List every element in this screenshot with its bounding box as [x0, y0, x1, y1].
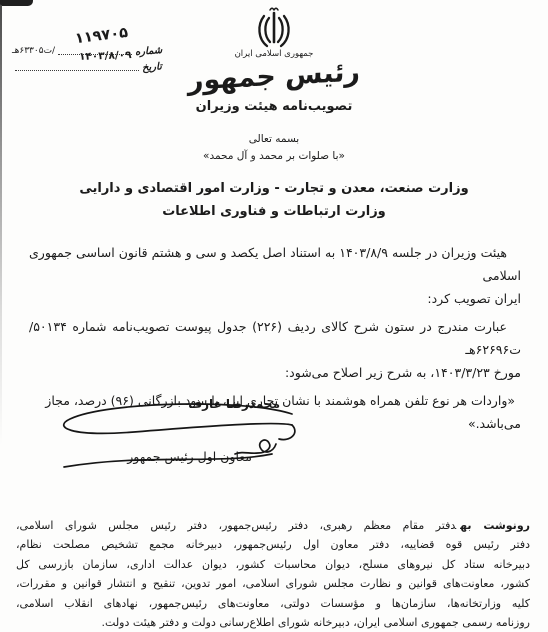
- addressee-line-2: وزارت ارتباطات و فناوری اطلاعات: [0, 200, 548, 223]
- distribution-line-5: کلیه وزارتخانه‌ها، سازمان‌ها و مؤسسات دو…: [16, 594, 530, 613]
- besmeleh: بسمه تعالی: [0, 133, 548, 145]
- paragraph-2-line-2: مورخ ۱۴۰۳/۳/۲۳، به شرح زیر اصلاح می‌شود:: [29, 361, 521, 384]
- distribution-lead: رونوشت به: [460, 519, 530, 532]
- addressee-line-1: وزارت صنعت، معدن و تجارت - وزارت امور اق…: [0, 177, 548, 200]
- paragraph-2-line-1: عبارت مندرج در ستون شرح کالای ردیف (۲۲۶)…: [29, 315, 521, 361]
- iran-emblem-icon: [256, 6, 292, 48]
- number-suffix: /ت۶۳۳۰۵هـ: [12, 46, 55, 57]
- paragraph-1-line-2: ایران تصویب کرد:: [29, 287, 521, 310]
- date-dotted-line: ۱۴۰۳/۸/۰۹: [15, 62, 139, 71]
- date-label: تاریخ: [142, 61, 163, 73]
- distribution-line-6: روزنامه رسمی جمهوری اسلامی ایران، دبیرخا…: [16, 613, 530, 632]
- handwritten-signature: [36, 392, 306, 480]
- date-row: تاریخ ۱۴۰۳/۸/۰۹: [12, 62, 162, 73]
- document-type-title: تصویب‌نامه هیئت وزیران: [0, 99, 548, 114]
- distribution-line-1-text: دفتر مقام معظم رهبری، دفتر رئیس‌جمهور، د…: [16, 519, 456, 532]
- paragraph-2: عبارت مندرج در ستون شرح کالای ردیف (۲۲۶)…: [29, 315, 521, 384]
- paragraph-1: هیئت وزیران در جلسه ۱۴۰۳/۸/۹ به استناد ا…: [29, 241, 521, 310]
- office-calligraphy: رئیس جمهور: [188, 56, 360, 96]
- distribution-list: رونوشت بهدفتر مقام معظم رهبری، دفتر رئیس…: [16, 516, 530, 632]
- signature-block: محمدرضا عارف معاون اول رئیس جمهور: [36, 392, 306, 480]
- distribution-line-4: کشور، معاونت‌های قوانین و نظارت مجلس شور…: [16, 574, 530, 593]
- scanned-cabinet-resolution-document: جمهوری اسلامی ایران رئیس جمهور تصویب‌نام…: [0, 0, 548, 632]
- handwritten-date: ۱۴۰۳/۸/۰۹: [78, 49, 131, 63]
- number-label: شماره: [134, 45, 162, 58]
- distribution-line-1: رونوشت بهدفتر مقام معظم رهبری، دفتر رئیس…: [16, 516, 530, 535]
- salawat: «با صلوات بر محمد و آل محمد»: [0, 150, 548, 162]
- distribution-line-3: دبیرخانه ستاد کل نیروهای مسلح، دیوان محا…: [16, 555, 530, 574]
- addressee-ministries: وزارت صنعت، معدن و تجارت - وزارت امور اق…: [0, 177, 548, 223]
- number-date-stamp: شماره ۱۱۹۷۰۵ /ت۶۳۳۰۵هـ تاریخ ۱۴۰۳/۸/۰۹: [12, 46, 162, 78]
- distribution-line-2: دفتر رئیس قوه قضاییه، دفتر معاون اول رئی…: [16, 535, 530, 554]
- paragraph-1-line-1: هیئت وزیران در جلسه ۱۴۰۳/۸/۹ به استناد ا…: [29, 241, 521, 287]
